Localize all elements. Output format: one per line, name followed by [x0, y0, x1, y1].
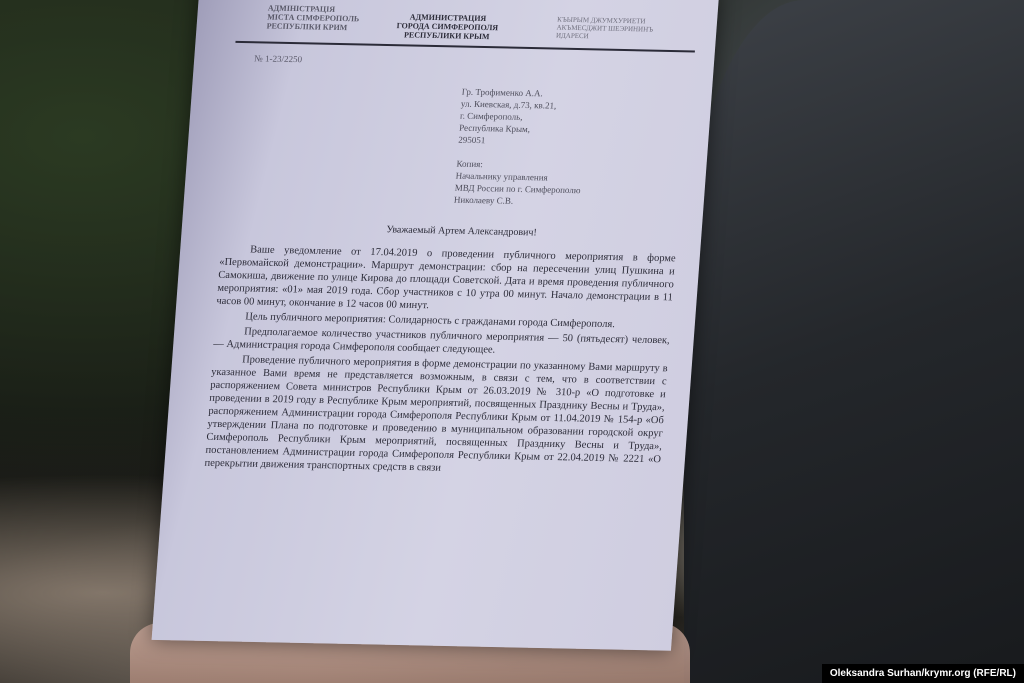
letterhead-right: КЪЫРЫМ ДЖУМХУРИЕТИ АКЪМЕСДЖИТ ШЕЭРИНИНЪ …	[556, 16, 654, 42]
letter-body: Ваше уведомление от 17.04.2019 о проведе…	[204, 243, 676, 481]
salutation: Уважаемый Артем Александрович!	[251, 221, 671, 241]
photo-credit: Oleksandra Surhan/krymr.org (RFE/RL)	[822, 664, 1024, 683]
paragraph: Проведение публичного мероприятия в форм…	[204, 353, 668, 480]
addressee-block: Гр. Трофименко А.А. ул. Киевская, д.73, …	[454, 86, 589, 209]
person-jacket	[684, 0, 1024, 683]
letterhead-left: АДМІНІСТРАЦІЯ МІСТА СІМФЕРОПОЛЬ РЕСПУБЛІ…	[266, 3, 360, 32]
paragraph: Ваше уведомление от 17.04.2019 о проведе…	[216, 243, 676, 318]
official-letter: АДМІНІСТРАЦІЯ МІСТА СІМФЕРОПОЛЬ РЕСПУБЛІ…	[152, 0, 720, 651]
photo-scene: АДМІНІСТРАЦІЯ МІСТА СІМФЕРОПОЛЬ РЕСПУБЛІ…	[0, 0, 1024, 683]
letterhead-center: АДМИНИСТРАЦИЯ ГОРОДА СИМФЕРОПОЛЯ РЕСПУБЛ…	[396, 12, 499, 41]
reference-number: № 1-23/2250	[254, 53, 303, 64]
